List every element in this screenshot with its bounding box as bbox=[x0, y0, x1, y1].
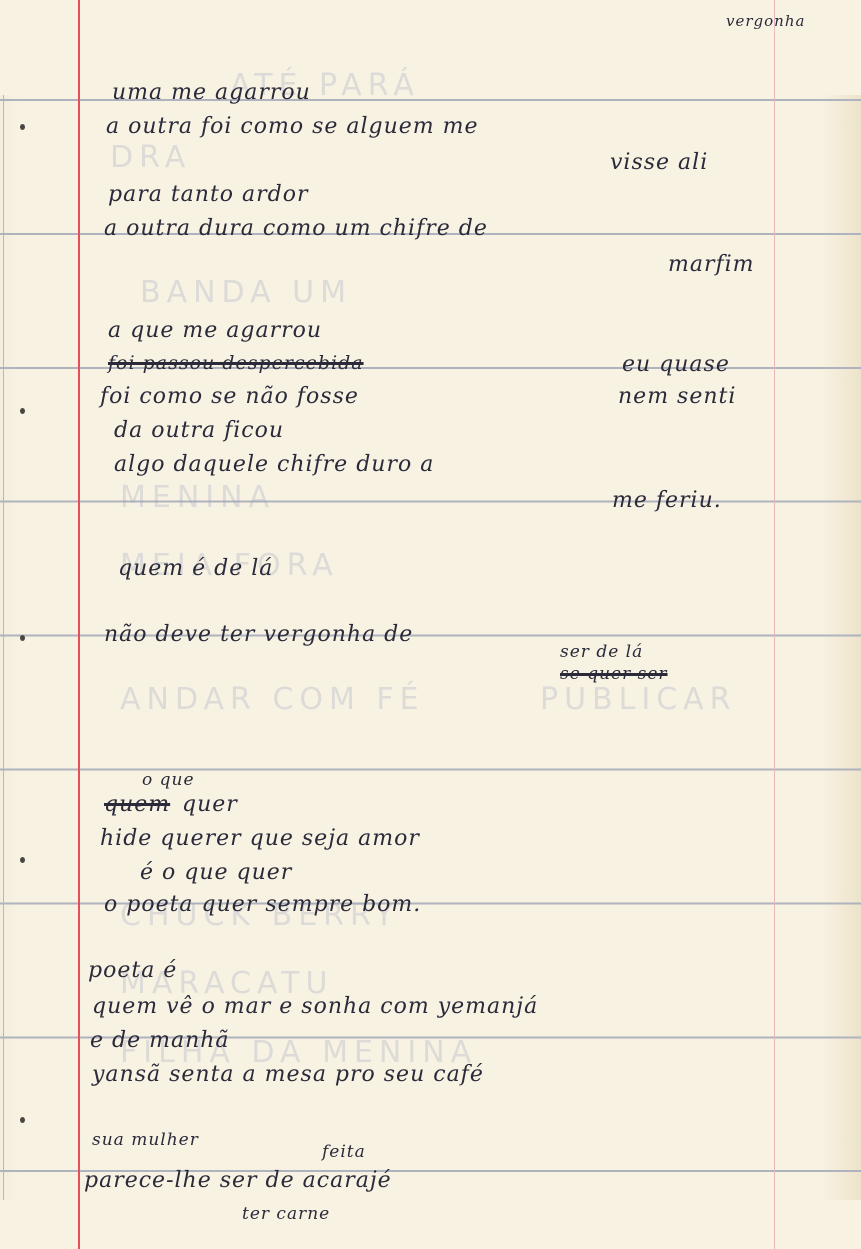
handwritten-line: o que bbox=[142, 770, 195, 790]
handwritten-line: quer bbox=[182, 792, 238, 817]
handwritten-line: não deve ter vergonha de bbox=[104, 622, 413, 647]
handwritten-line: a que me agarrou bbox=[108, 318, 322, 343]
handwritten-line: da outra ficou bbox=[114, 418, 284, 443]
handwritten-line: ter carne bbox=[242, 1204, 330, 1224]
binder-hole-mark bbox=[20, 857, 25, 863]
handwritten-line: yansã senta a mesa pro seu café bbox=[92, 1062, 484, 1087]
right-margin-line bbox=[774, 0, 775, 1249]
struck-text: foi passou despercebida bbox=[108, 352, 364, 374]
red-margin-line bbox=[78, 0, 80, 1249]
handwritten-line: a outra foi como se alguem me bbox=[106, 114, 479, 139]
binder-hole-mark bbox=[20, 124, 25, 130]
handwritten-line: a outra dura como um chifre de bbox=[104, 216, 488, 241]
handwritten-line: foi como se não fosse bbox=[100, 384, 359, 409]
notebook-page: ATÉ PARÁ DRA BANDA UM MENINA MEIA FORA A… bbox=[0, 0, 861, 1249]
handwritten-line: nem senti bbox=[618, 384, 736, 409]
bleedthrough-text: DRA bbox=[110, 140, 191, 175]
handwritten-line: o poeta quer sempre bom. bbox=[104, 892, 421, 917]
struck-text: quem bbox=[104, 792, 170, 817]
binder-hole-mark bbox=[20, 635, 25, 641]
binder-hole-mark bbox=[20, 1117, 25, 1123]
handwritten-line: sua mulher bbox=[92, 1130, 199, 1150]
struck-text: se quer ser bbox=[560, 664, 668, 684]
handwritten-line: me feriu. bbox=[612, 488, 722, 513]
handwritten-line: eu quase bbox=[622, 352, 730, 377]
handwritten-line: quem é de lá bbox=[118, 556, 273, 581]
handwritten-line: parece-lhe ser de acarajé bbox=[84, 1168, 392, 1193]
handwritten-line: uma me agarrou bbox=[112, 80, 311, 105]
handwritten-line: é o que quer bbox=[140, 860, 292, 885]
corner-note: vergonha bbox=[726, 12, 805, 30]
binder-hole-mark bbox=[20, 408, 25, 414]
handwritten-line: quem vê o mar e sonha com yemanjá bbox=[92, 994, 538, 1019]
bleedthrough-text: PUBLICAR bbox=[540, 682, 737, 717]
handwritten-line: algo daquele chifre duro a bbox=[114, 452, 434, 477]
bottom-margin-area bbox=[0, 1200, 861, 1249]
handwritten-line: marfim bbox=[668, 252, 755, 277]
handwritten-line: feita bbox=[322, 1142, 366, 1162]
handwritten-line: hide querer que seja amor bbox=[100, 826, 420, 851]
handwritten-line: para tanto ardor bbox=[108, 182, 309, 207]
bleedthrough-text: BANDA UM bbox=[140, 275, 352, 310]
handwritten-line: poeta é bbox=[88, 958, 177, 983]
handwritten-line: e de manhã bbox=[90, 1028, 230, 1053]
handwritten-line: ser de lá bbox=[560, 642, 643, 662]
bleedthrough-text: ANDAR COM FÉ bbox=[120, 682, 425, 717]
bleedthrough-text: MENINA bbox=[120, 480, 275, 515]
handwritten-line: visse ali bbox=[610, 150, 708, 175]
